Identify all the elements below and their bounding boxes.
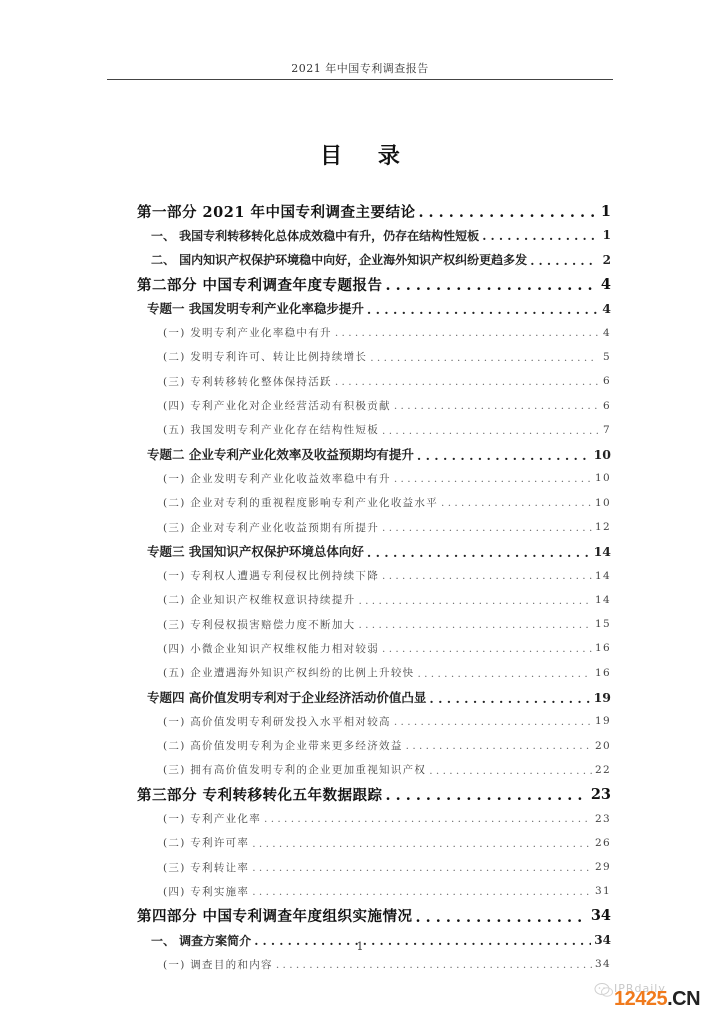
toc-entry-topic[interactable]: 专题三 我国知识产权保护环境总体向好14 [137, 539, 611, 563]
toc-entry-label: (五) 企业遭遇海外知识产权纠纷的比例上升较快 [163, 665, 414, 680]
dot-leader [276, 959, 592, 970]
toc-entry-label: 专题四 高价值发明专利对于企业经济活动价值凸显 [147, 688, 426, 706]
toc-title: 目 录 [0, 139, 720, 170]
toc-entry-label: (三) 专利侵权损害赔偿力度不断加大 [163, 617, 355, 632]
toc-entry-sub[interactable]: (三) 专利转移转化整体保持活跃6 [137, 369, 611, 393]
toc-entry-page: 5 [601, 351, 611, 363]
site-logo-number: 12425 [614, 988, 667, 1010]
toc-entry-label: (三) 专利转让率 [163, 860, 249, 875]
dot-leader [417, 668, 592, 679]
header-rule [107, 79, 613, 80]
toc-entry-sub[interactable]: (二) 高价值发明专利为企业带来更多经济效益20 [137, 734, 611, 758]
dot-leader [367, 302, 598, 315]
toc-entry-label: (一) 专利产业化率 [163, 811, 261, 826]
site-logo-domain: .CN [667, 988, 700, 1010]
dot-leader [386, 787, 588, 802]
toc-entry-sub[interactable]: (一) 高价值发明专利研发投入水平相对较高19 [137, 709, 611, 733]
dot-leader [394, 400, 598, 411]
dot-leader [252, 838, 592, 849]
toc-entry-sub[interactable]: (三) 专利侵权损害赔偿力度不断加大15 [137, 612, 611, 636]
dot-leader [394, 473, 592, 484]
toc-entry-page: 26 [595, 837, 611, 849]
toc-entry-sub[interactable]: (四) 专利实施率31 [137, 879, 611, 903]
toc-entry-label: 二、 国内知识产权保护环境稳中向好，企业海外知识产权纠纷更趋多发 [151, 251, 527, 268]
toc-entry-page: 10 [594, 447, 611, 462]
toc-entry-label: (一) 高价值发明专利研发投入水平相对较高 [163, 714, 391, 729]
wechat-icon [594, 982, 614, 998]
toc-entry-page: 31 [595, 885, 611, 897]
dot-leader [406, 740, 592, 751]
toc-entry-page: 4 [601, 301, 611, 316]
toc-entry-page: 2 [601, 253, 611, 267]
toc-entry-page: 6 [601, 375, 611, 387]
toc-entry-sub[interactable]: (四) 专利产业化对企业经营活动有积极贡献6 [137, 393, 611, 417]
toc-entry-label: (一) 调查目的和内容 [163, 957, 273, 972]
toc-entry-part[interactable]: 第三部分 专利转移转化五年数据跟踪23 [137, 782, 611, 806]
toc-entry-label: (三) 拥有高价值发明专利的企业更加重视知识产权 [163, 762, 426, 777]
toc-entry-page: 34 [595, 958, 611, 970]
dot-leader [482, 229, 598, 241]
toc-entry-label: (一) 企业发明专利产业化收益效率稳中有升 [163, 471, 391, 486]
toc-entry-label: 一、 我国专利转移转化总体成效稳中有升，仍存在结构性短板 [151, 227, 479, 244]
toc-entry-sec[interactable]: 二、 国内知识产权保护环境稳中向好，企业海外知识产权纠纷更趋多发2 [137, 248, 611, 272]
site-logo: 12425.CN [614, 988, 700, 1011]
toc-entry-page: 12 [595, 521, 611, 533]
toc-entry-label: (二) 高价值发明专利为企业带来更多经济效益 [163, 738, 403, 753]
dot-leader [367, 545, 591, 558]
dot-leader [264, 813, 592, 824]
toc-entry-sub[interactable]: (二) 发明专利许可、转让比例持续增长5 [137, 345, 611, 369]
running-header: 2021 年中国专利调查报告 [0, 60, 720, 76]
toc-entry-page: 1 [601, 203, 611, 220]
dot-leader [429, 765, 592, 776]
toc-entry-sub[interactable]: (一) 企业发明专利产业化收益效率稳中有升10 [137, 466, 611, 490]
toc-entry-label: 第四部分 中国专利调查年度组织实施情况 [137, 905, 413, 926]
document-page: 2021 年中国专利调查报告 目 录 第一部分 2021 年中国专利调查主要结论… [0, 0, 720, 1018]
dot-leader [417, 448, 591, 461]
toc-entry-sec[interactable]: 一、 我国专利转移转化总体成效稳中有升，仍存在结构性短板1 [137, 223, 611, 247]
toc-entry-label: (三) 企业对专利产业化收益预期有所提升 [163, 520, 379, 535]
toc-entry-page: 20 [595, 740, 611, 752]
toc-entry-topic[interactable]: 专题一 我国发明专利产业化率稳步提升4 [137, 296, 611, 320]
toc-entry-label: (二) 发明专利许可、转让比例持续增长 [163, 349, 367, 364]
dot-leader [416, 909, 588, 924]
toc-entry-sub[interactable]: (四) 小微企业知识产权维权能力相对较弱16 [137, 636, 611, 660]
toc-entry-label: (二) 企业对专利的重视程度影响专利产业化收益水平 [163, 495, 438, 510]
toc-entry-page: 19 [594, 690, 611, 705]
toc-entry-page: 4 [601, 276, 611, 293]
watermark: IPRdaily 12425.CN [594, 982, 714, 1012]
dot-leader [252, 886, 592, 897]
toc-entry-sub[interactable]: (五) 企业遭遇海外知识产权纠纷的比例上升较快16 [137, 661, 611, 685]
toc-entry-label: (三) 专利转移转化整体保持活跃 [163, 374, 332, 389]
toc-entry-page: 19 [595, 715, 611, 727]
dot-leader [382, 522, 592, 533]
toc-entry-page: 10 [595, 472, 611, 484]
dot-leader [382, 643, 592, 654]
toc-entry-label: 第三部分 专利转移转化五年数据跟踪 [137, 784, 383, 805]
toc-entry-topic[interactable]: 专题二 企业专利产业化效率及收益预期均有提升10 [137, 442, 611, 466]
toc-entry-part[interactable]: 第一部分 2021 年中国专利调查主要结论1 [137, 199, 611, 223]
toc-entry-label: (一) 专利权人遭遇专利侵权比例持续下降 [163, 568, 379, 583]
dot-leader [382, 425, 598, 436]
toc-entry-page: 16 [595, 667, 611, 679]
toc-entry-label: 专题三 我国知识产权保护环境总体向好 [147, 542, 364, 560]
toc-entry-label: 第一部分 2021 年中国专利调查主要结论 [137, 201, 415, 222]
toc-entry-sub[interactable]: (三) 专利转让率29 [137, 855, 611, 879]
toc-entry-page: 4 [601, 327, 611, 339]
toc-entry-sub[interactable]: (一) 调查目的和内容34 [137, 952, 611, 976]
dot-leader [394, 716, 592, 727]
toc-entry-label: 专题一 我国发明专利产业化率稳步提升 [147, 299, 364, 317]
dot-leader [418, 204, 597, 219]
toc-entry-label: (五) 我国发明专利产业化存在结构性短板 [163, 422, 379, 437]
toc-entry-page: 22 [595, 764, 611, 776]
toc-entry-page: 23 [591, 786, 611, 803]
dot-leader [530, 254, 598, 266]
toc-entry-sub[interactable]: (二) 专利许可率26 [137, 831, 611, 855]
toc-entry-page: 23 [595, 813, 611, 825]
toc-entry-page: 10 [595, 497, 611, 509]
toc-entry-sub[interactable]: (三) 拥有高价值发明专利的企业更加重视知识产权22 [137, 758, 611, 782]
toc-entry-sub[interactable]: (五) 我国发明专利产业化存在结构性短板7 [137, 418, 611, 442]
toc-entry-sub[interactable]: (一) 专利权人遭遇专利侵权比例持续下降14 [137, 563, 611, 587]
toc-entry-label: (二) 企业知识产权维权意识持续提升 [163, 592, 355, 607]
toc-entry-page: 6 [601, 400, 611, 412]
dot-leader [382, 570, 592, 581]
toc-entry-label: (四) 专利实施率 [163, 884, 249, 899]
toc-entry-part[interactable]: 第四部分 中国专利调查年度组织实施情况34 [137, 904, 611, 928]
table-of-contents: 第一部分 2021 年中国专利调查主要结论1一、 我国专利转移转化总体成效稳中有… [137, 199, 611, 977]
dot-leader [335, 327, 598, 338]
toc-entry-label: 第二部分 中国专利调查年度专题报告 [137, 274, 383, 295]
toc-entry-page: 29 [595, 861, 611, 873]
toc-entry-part[interactable]: 第二部分 中国专利调查年度专题报告4 [137, 272, 611, 296]
dot-leader [335, 376, 598, 387]
toc-entry-page: 14 [595, 594, 611, 606]
toc-entry-label: (一) 发明专利产业化率稳中有升 [163, 325, 332, 340]
dot-leader [252, 862, 592, 873]
page-number: 1 [0, 940, 720, 953]
toc-entry-page: 15 [595, 618, 611, 630]
toc-entry-sub[interactable]: (二) 企业知识产权维权意识持续提升14 [137, 588, 611, 612]
toc-entry-page: 1 [601, 228, 611, 242]
dot-leader [441, 497, 592, 508]
toc-entry-page: 34 [591, 907, 611, 924]
toc-entry-label: (四) 专利产业化对企业经营活动有积极贡献 [163, 398, 391, 413]
toc-entry-page: 7 [601, 424, 611, 436]
toc-entry-sub[interactable]: (一) 发明专利产业化率稳中有升4 [137, 320, 611, 344]
dot-leader [429, 691, 590, 704]
toc-entry-topic[interactable]: 专题四 高价值发明专利对于企业经济活动价值凸显19 [137, 685, 611, 709]
toc-entry-sub[interactable]: (三) 企业对专利产业化收益预期有所提升12 [137, 515, 611, 539]
dot-leader [370, 352, 598, 363]
toc-entry-page: 14 [595, 570, 611, 582]
toc-entry-sub[interactable]: (一) 专利产业化率23 [137, 806, 611, 830]
dot-leader [386, 277, 598, 292]
dot-leader [358, 595, 592, 606]
toc-entry-sub[interactable]: (二) 企业对专利的重视程度影响专利产业化收益水平10 [137, 491, 611, 515]
toc-entry-page: 16 [595, 642, 611, 654]
toc-entry-label: (二) 专利许可率 [163, 835, 249, 850]
toc-entry-label: 专题二 企业专利产业化效率及收益预期均有提升 [147, 445, 414, 463]
dot-leader [358, 619, 592, 630]
toc-entry-label: (四) 小微企业知识产权维权能力相对较弱 [163, 641, 379, 656]
toc-entry-page: 14 [594, 544, 611, 559]
